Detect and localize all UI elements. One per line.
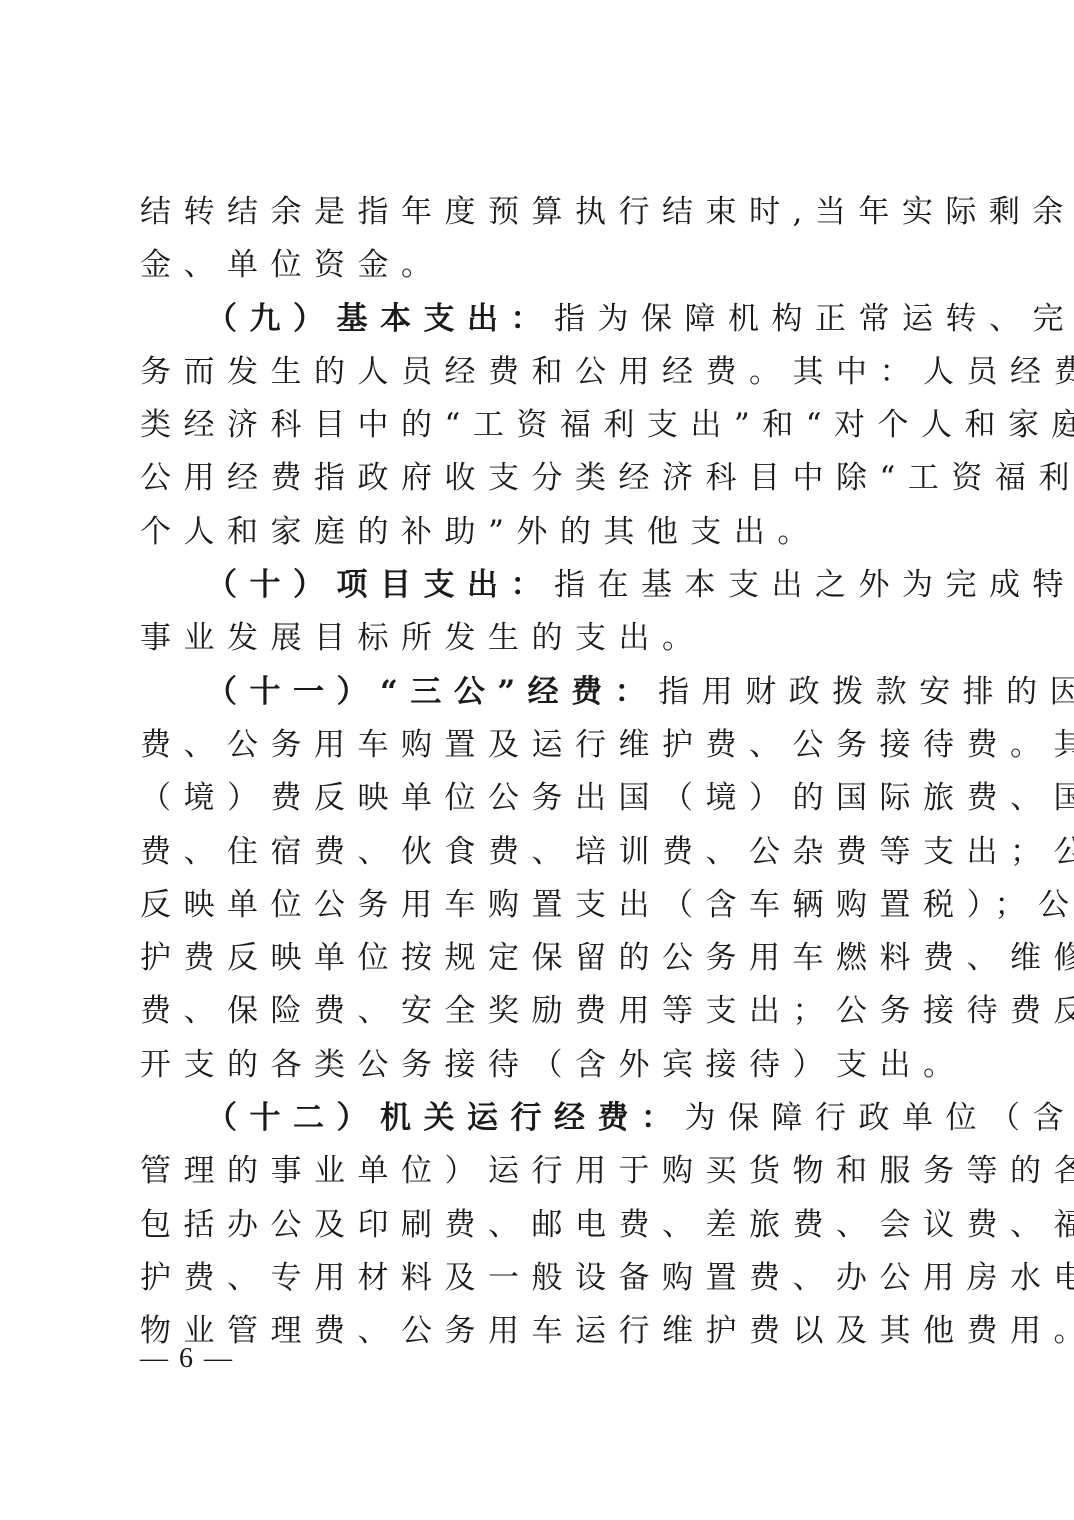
page-number: — 6 — (140, 1343, 234, 1375)
text-line: 护费反映单位按规定保留的公务用车燃料费、维修费、过路过桥 (140, 932, 940, 985)
section-heading-line: （十二）机关运行经费：为保障行政单位（含参照公务员法 (140, 1092, 940, 1145)
text-line: 类经济科目中的“工资福利支出”和“对个人和家庭的补助”； (140, 399, 940, 452)
text-line: 反映单位公务用车购置支出（含车辆购置税）；公务用车运行维 (140, 879, 940, 932)
section-heading: （九）基本支出： (206, 301, 554, 337)
text-line: （境）费反映单位公务出国（境）的国际旅费、国外城市间交通 (140, 772, 940, 825)
text-span: 指用财政拨款安排的因公出国（境） (658, 674, 1074, 710)
text-line: 公用经费指政府收支分类经济科目中除“工资福利支出”和“对 (140, 452, 940, 505)
section-heading-line: （九）基本支出：指为保障机构正常运转、完成日常工作任 (140, 293, 940, 346)
text-line: 包括办公及印刷费、邮电费、差旅费、会议费、福利费、日常维 (140, 1199, 940, 1252)
text-line: 物业管理费、公务用车运行维护费以及其他费用。 (140, 1305, 940, 1358)
text-span: 为保障行政单位（含参照公务员法 (685, 1100, 1074, 1136)
text-line: 务而发生的人员经费和公用经费。其中：人员经费指政府收支分 (140, 346, 940, 399)
text-line: 结转结余是指年度预算执行结束时,当年实际剩余的财政专户资 (140, 186, 940, 239)
section-heading: （十一）“三公”经费： (206, 674, 658, 710)
section-heading: （十二）机关运行经费： (206, 1100, 685, 1136)
text-span: 指为保障机构正常运转、完成日常工作任 (554, 301, 1074, 337)
text-line: 开支的各类公务接待（含外宾接待）支出。 (140, 1039, 940, 1092)
text-line: 费、保险费、安全奖励费用等支出；公务接待费反映单位按规定 (140, 985, 940, 1038)
text-line: 金、单位资金。 (140, 239, 940, 292)
text-line: 事业发展目标所发生的支出。 (140, 612, 940, 665)
text-line: 费、住宿费、伙食费、培训费、公杂费等支出；公务用车购置费 (140, 826, 940, 879)
text-line: 个人和家庭的补助”外的其他支出。 (140, 506, 940, 559)
section-heading: （十）项目支出： (206, 567, 554, 603)
text-line: 费、公务用车购置及运行维护费、公务接待费。其中，因公出国 (140, 719, 940, 772)
text-line: 护费、专用材料及一般设备购置费、办公用房水电费、办公用房 (140, 1252, 940, 1305)
section-heading-line: （十一）“三公”经费：指用财政拨款安排的因公出国（境） (140, 666, 940, 719)
document-page: 结转结余是指年度预算执行结束时,当年实际剩余的财政专户资 金、单位资金。 （九）… (140, 186, 940, 1359)
text-line: 管理的事业单位）运行用于购买货物和服务等的各项公用经费， (140, 1145, 940, 1198)
text-span: 指在基本支出之外为完成特定行政任务和 (554, 567, 1074, 603)
section-heading-line: （十）项目支出：指在基本支出之外为完成特定行政任务和 (140, 559, 940, 612)
